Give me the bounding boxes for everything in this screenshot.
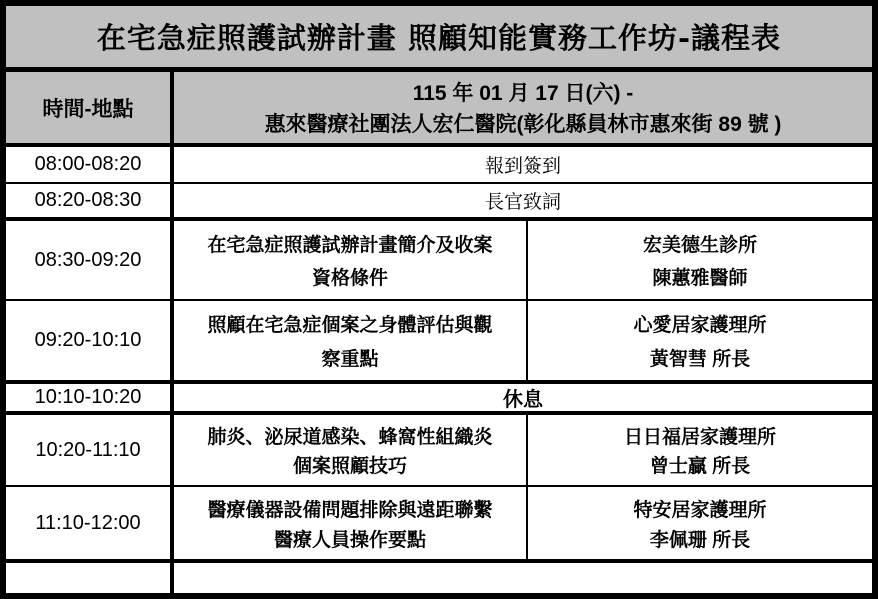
table-row: 11:10-12:00 醫療儀器設備問題排除與遠距聯繫 醫療人員操作要點 特安居… (6, 487, 872, 563)
activity-cell: 報到簽到 (174, 147, 872, 182)
event-venue: 惠來醫療社團法人宏仁醫院(彰化縣員林市惠來街 89 號 ) (265, 108, 782, 138)
topic-line: 個案照顧技巧 (293, 451, 407, 478)
topic-line: 察重點 (321, 344, 378, 371)
speaker-name: 李佩珊 所長 (650, 525, 750, 552)
time-place-header: 時間-地點 (6, 72, 174, 143)
topic-cell: 肺炎、泌尿道感染、蜂窩性組織炎 個案照顧技巧 (174, 415, 528, 485)
cutoff-row (6, 563, 872, 593)
date-venue-header: 115 年 01 月 17 日(六) - 惠來醫療社團法人宏仁醫院(彰化縣員林市… (174, 72, 872, 143)
agenda-table: 在宅急症照護試辦計畫 照顧知能實務工作坊-議程表 時間-地點 115 年 01 … (0, 0, 878, 599)
speaker-cell: 心愛居家護理所 黃智彗 所長 (528, 301, 872, 380)
topic-cell: 醫療儀器設備問題排除與遠距聯繫 醫療人員操作要點 (174, 487, 528, 559)
topic-cell: 照顧在宅急症個案之身體評估與觀 察重點 (174, 301, 528, 380)
speaker-cell: 特安居家護理所 李佩珊 所長 (528, 487, 872, 559)
topic-line: 醫療儀器設備問題排除與遠距聯繫 (207, 495, 492, 522)
time-cell (6, 563, 174, 593)
time-cell: 11:10-12:00 (6, 487, 174, 559)
table-row: 08:30-09:20 在宅急症照護試辦計畫簡介及收案 資格條件 宏美德生診所 … (6, 221, 872, 301)
table-row: 09:20-10:10 照顧在宅急症個案之身體評估與觀 察重點 心愛居家護理所 … (6, 301, 872, 384)
time-cell: 09:20-10:10 (6, 301, 174, 380)
org-name: 日日福居家護理所 (624, 422, 776, 449)
speaker-name: 黃智彗 所長 (650, 344, 750, 371)
table-row: 08:20-08:30 長官致詞 (6, 184, 872, 221)
table-row: 10:20-11:10 肺炎、泌尿道感染、蜂窩性組織炎 個案照顧技巧 日日福居家… (6, 415, 872, 487)
topic-line: 資格條件 (312, 263, 388, 290)
time-cell: 08:30-09:20 (6, 221, 174, 299)
topic-line: 在宅急症照護試辦計畫簡介及收案 (207, 230, 492, 257)
header-row: 時間-地點 115 年 01 月 17 日(六) - 惠來醫療社團法人宏仁醫院(… (6, 72, 872, 147)
event-date: 115 年 01 月 17 日(六) - (413, 77, 634, 107)
org-name: 特安居家護理所 (633, 495, 766, 522)
org-name: 心愛居家護理所 (633, 310, 766, 337)
topic-cell: 在宅急症照護試辦計畫簡介及收案 資格條件 (174, 221, 528, 299)
topic-line: 醫療人員操作要點 (274, 525, 426, 552)
topic-line: 肺炎、泌尿道感染、蜂窩性組織炎 (207, 422, 492, 449)
speaker-cell: 宏美德生診所 陳蕙雅醫師 (528, 221, 872, 299)
document-title: 在宅急症照護試辦計畫 照顧知能實務工作坊-議程表 (6, 6, 872, 72)
activity-cell: 長官致詞 (174, 184, 872, 217)
org-name: 宏美德生診所 (643, 230, 757, 257)
speaker-name: 陳蕙雅醫師 (652, 263, 747, 290)
break-row: 10:10-10:20 休息 (6, 384, 872, 415)
speaker-name: 曾士贏 所長 (650, 451, 750, 478)
activity-cell (174, 563, 872, 593)
speaker-cell: 日日福居家護理所 曾士贏 所長 (528, 415, 872, 485)
table-row: 08:00-08:20 報到簽到 (6, 147, 872, 184)
break-cell: 休息 (174, 384, 872, 411)
time-cell: 10:20-11:10 (6, 415, 174, 485)
time-cell: 08:20-08:30 (6, 184, 174, 217)
time-cell: 08:00-08:20 (6, 147, 174, 182)
time-cell: 10:10-10:20 (6, 384, 174, 411)
topic-line: 照顧在宅急症個案之身體評估與觀 (207, 310, 492, 337)
